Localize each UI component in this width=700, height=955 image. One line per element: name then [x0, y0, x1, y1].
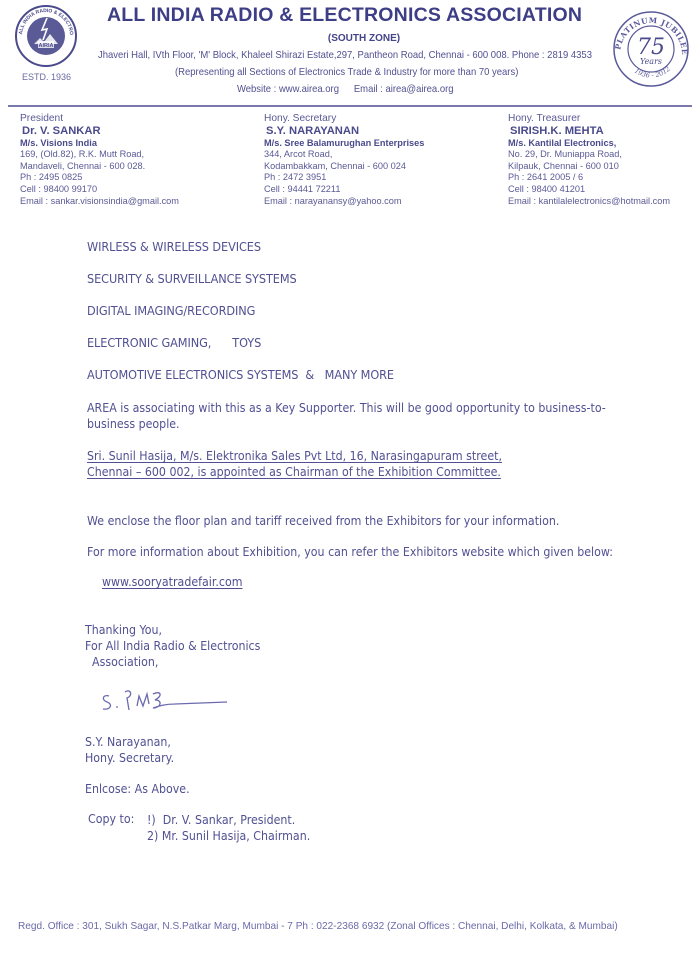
more-info-paragraph: For more information about Exhibition, y…	[87, 544, 613, 560]
category-item: WIRLESS & WIRELESS DEVICES	[87, 240, 261, 254]
category-item: SECURITY & SURVEILLANCE SYSTEMS	[87, 272, 297, 286]
bearer-firm: M/s. Sree Balamurughan Enterprises	[264, 138, 424, 150]
copy-to-item: 2) Mr. Sunil Hasija, Chairman.	[147, 828, 310, 844]
bearer-phone: Ph : 2472 3951	[264, 172, 424, 184]
signatory-block: S.Y. Narayanan, Hony. Secretary.	[85, 734, 174, 766]
bearer-role: Hony. Treasurer	[508, 113, 670, 125]
closing-org-cont: Association,	[85, 654, 260, 670]
organization-tagline: (Representing all Sections of Electronic…	[175, 67, 518, 78]
registered-office-footer: Regd. Office : 301, Sukh Sagar, N.S.Patk…	[18, 920, 618, 932]
bearer-firm: M/s. Visions India	[20, 138, 179, 150]
chairman-line: Chennai – 600 002, is appointed as Chair…	[87, 464, 502, 480]
contact-line: Website : www.airea.orgEmail : airea@air…	[237, 84, 454, 95]
bearer-address-line: Kilpauk, Chennai - 600 010	[508, 161, 670, 173]
bearer-role: Hony. Secretary	[264, 113, 424, 125]
bearer-role: President	[20, 113, 179, 125]
copy-to-item: !) Dr. V. Sankar, President.	[147, 812, 310, 828]
bearer-email[interactable]: Email : sankar.visionsindia@gmail.com	[20, 196, 179, 208]
platinum-jubilee-seal-icon: PLATINUM JUBILEE YEAR 75 Years 1936 - 20…	[612, 10, 690, 88]
signatory-designation: Hony. Secretary.	[85, 750, 174, 766]
svg-text:1936 - 2012: 1936 - 2012	[633, 65, 672, 80]
closing-block: Thanking You, For All India Radio & Elec…	[85, 622, 260, 670]
chairman-paragraph: Sri. Sunil Hasija, M/s. Elektronika Sale…	[87, 448, 502, 480]
office-bearer-treasurer: Hony. Treasurer SIRISH.K. MEHTA M/s. Kan…	[508, 113, 670, 207]
bearer-address-line: 169, (Old.82), R.K. Mutt Road,	[20, 149, 179, 161]
copy-to-list: !) Dr. V. Sankar, President. 2) Mr. Suni…	[147, 812, 310, 844]
bearer-cell: Cell : 98400 99170	[20, 184, 179, 196]
copy-to-label: Copy to:	[88, 812, 134, 826]
closing-org: For All India Radio & Electronics	[85, 638, 260, 654]
chairman-line: Sri. Sunil Hasija, M/s. Elektronika Sale…	[87, 448, 502, 464]
svg-text:Years: Years	[640, 57, 662, 66]
bearer-name: S.Y. NARAYANAN	[266, 125, 424, 138]
bearer-email[interactable]: Email : kantilalelectronics@hotmail.com	[508, 196, 670, 208]
enclosure-note: Enlcose: As Above.	[85, 782, 190, 796]
support-line: AREA is associating with this as a Key S…	[87, 400, 606, 416]
office-bearer-president: President Dr. V. SANKAR M/s. Visions Ind…	[20, 113, 179, 207]
signatory-name: S.Y. Narayanan,	[85, 734, 174, 750]
support-paragraph: AREA is associating with this as a Key S…	[87, 400, 606, 432]
organization-address: Jhaveri Hall, IVth Floor, 'M' Block, Kha…	[98, 50, 592, 61]
bearer-address-line: 344, Arcot Road,	[264, 149, 424, 161]
bearer-cell: Cell : 94441 72211	[264, 184, 424, 196]
closing-greeting: Thanking You,	[85, 622, 260, 638]
bearer-phone: Ph : 2495 0825	[20, 172, 179, 184]
bearer-firm: M/s. Kantilal Electronics,	[508, 138, 670, 150]
bearer-name: Dr. V. SANKAR	[22, 125, 179, 138]
exhibitor-website-link[interactable]: www.sooryatradefair.com	[102, 575, 242, 589]
organization-website[interactable]: Website : www.airea.org	[237, 84, 339, 95]
category-item: AUTOMOTIVE ELECTRONICS SYSTEMS & MANY MO…	[87, 368, 394, 382]
category-item: ELECTRONIC GAMING, TOYS	[87, 336, 261, 350]
letterhead-divider	[8, 105, 692, 107]
established-year: ESTD. 1936	[22, 72, 71, 82]
organization-email[interactable]: Email : airea@airea.org	[354, 84, 454, 95]
bearer-name: SIRISH.K. MEHTA	[510, 125, 670, 138]
bearer-address-line: No. 29, Dr. Muniappa Road,	[508, 149, 670, 161]
bearer-phone: Ph : 2641 2005 / 6	[508, 172, 670, 184]
office-bearer-secretary: Hony. Secretary S.Y. NARAYANAN M/s. Sree…	[264, 113, 424, 207]
zone-label: (SOUTH ZONE)	[0, 33, 700, 44]
bearer-address-line: Mandaveli, Chennai - 600 028.	[20, 161, 179, 173]
zone-text: (SOUTH ZONE)	[328, 33, 400, 44]
handwritten-signature-icon	[95, 680, 245, 720]
bearer-email[interactable]: Email : narayanansy@yahoo.com	[264, 196, 424, 208]
support-line: business people.	[87, 416, 606, 432]
enclose-paragraph: We enclose the floor plan and tariff rec…	[87, 513, 559, 529]
category-item: DIGITAL IMAGING/RECORDING	[87, 304, 255, 318]
bearer-cell: Cell : 98400 41201	[508, 184, 670, 196]
bearer-address-line: Kodambakkam, Chennai - 600 024	[264, 161, 424, 173]
organization-name: ALL INDIA RADIO & ELECTRONICS ASSOCIATIO…	[107, 4, 582, 27]
